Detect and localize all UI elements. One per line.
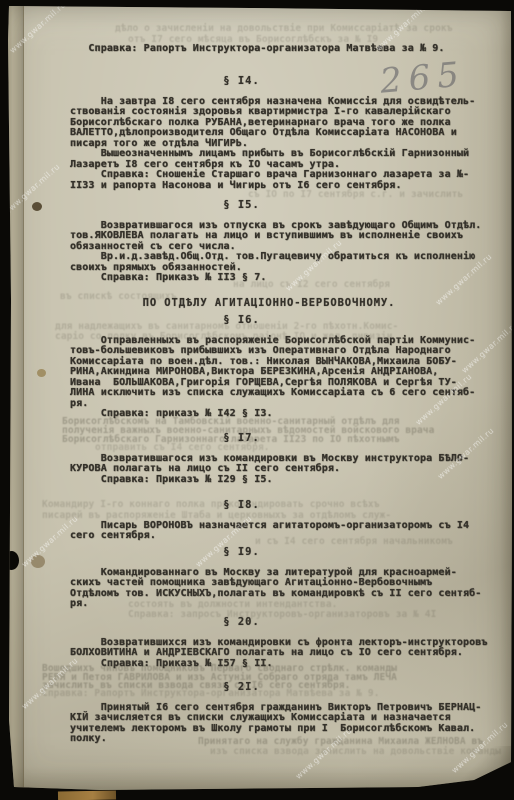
scanned-document-photo: дѣло о зачисленіи на довольствіе при Ком… xyxy=(0,0,514,800)
photo-vignette xyxy=(0,0,514,800)
document-page: дѣло о зачисленіи на довольствіе при Ком… xyxy=(0,0,514,800)
underlying-page-edge xyxy=(58,790,116,800)
